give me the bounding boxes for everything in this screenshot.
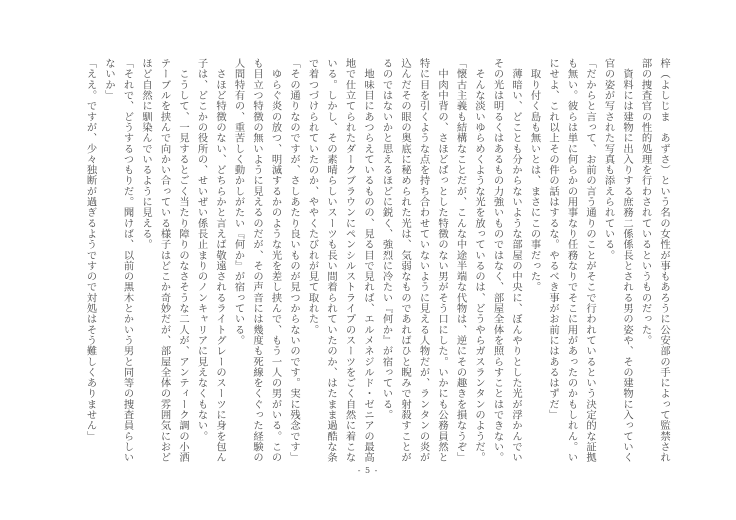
text-line: 地味目にあつらえているものの、見る目で見れば、エルメネジルド・ゼニアの最高級生 xyxy=(359,58,378,462)
text-line: 薄暗い、どことも分からないような部屋の中央に、ぼんやりとした光が浮かんでいる。 xyxy=(507,58,526,462)
text-line: 込んだその眼の奥底に秘められた光は、気弱なものであればひと睨みで射殺すことができ xyxy=(396,58,415,462)
text-line: その光は明るくはあるもの力強いものではなく、部屋全体を照らすことはできない。 xyxy=(488,58,507,462)
text-line: も目立つ特徴の無いように見えるのだが、その声音には幾度も死線をくぐった経験のある xyxy=(248,58,267,462)
text-line: 取り付く島も無いとは、まさにこの事だった。 xyxy=(525,58,544,462)
text-line: も無い。彼らは単に何らかの用事なり任務なりでそこに用があったのかもしれん。いずれ xyxy=(562,58,581,462)
text-line: さほど特徴のない、どちらかと言えば敬遠されるライトグレーのスーツに身を包んだ様 xyxy=(211,58,230,462)
text-line: ほど自然に馴染んでいるように見える。 xyxy=(137,58,156,462)
text-line: 部の捜査官の性的処理を行わされているというものだった。 xyxy=(636,58,655,462)
text-line: ないか」 xyxy=(100,58,119,462)
text-line: テーブルを挟んで向かい合っている様子はどこか奇妙だが、部屋全体の雰囲気におどろく xyxy=(155,58,174,462)
text-line: 「その通りなのですが、さしあたり良いものが見つからないのです。実に残念です」 xyxy=(285,58,304,462)
text-line: 「懐古主義も結構なことだが、こんな中途半端な代物は、逆にその趣きを損なうぞ」 xyxy=(451,58,470,462)
text-line: 官の姿が写された写真も添えられている。 xyxy=(599,58,618,462)
text-line: ゆらぐ炎の放つ、明滅するかのような光を差し挟んで、もう一人の男がいる。この人物 xyxy=(266,58,285,462)
text-line: 地で仕立てられたダークブラウンにペンシルストライプのスーツをごく自然に着こなして xyxy=(340,58,359,462)
text-line: 中肉中背の、さほどぱっとした特徴のない男がそう口にした。いかにも公務員然とした、 xyxy=(433,58,452,462)
text-line: にせよ、これ以上その件の話はするな。やるべき事がお前にはあるはずだ」 xyxy=(544,58,563,462)
text-line: 人間特有の、重苦しく動かしがたい『何か』が宿っている。 xyxy=(229,58,248,462)
page-number: - 5 - xyxy=(0,466,736,475)
text-line: で着つづけられていたのか、ややくたびれが見て取れた。 xyxy=(303,58,322,462)
text-line: いる。しかし、その素晴らしいスーツも長い間着られていたのか、はたまま過酷な条件下 xyxy=(322,58,341,462)
text-line: 「ええ。ですが、少々独断が過ぎるようですので対処はそう難しくありません」 xyxy=(81,58,100,462)
document-page: 梓（よしじま あずさ）という名の女性が事もあろうに公安部の手によって監禁され、一… xyxy=(0,0,736,520)
vertical-text-body: 梓（よしじま あずさ）という名の女性が事もあろうに公安部の手によって監禁され、一… xyxy=(81,58,673,462)
text-line: 子は、どこかの役所の、せいぜい係長止まりのノンキャリアに見えなくもない。 xyxy=(192,58,211,462)
text-line: 梓（よしじま あずさ）という名の女性が事もあろうに公安部の手によって監禁され、一 xyxy=(655,58,674,462)
text-line: 「だからと言って、お前の言う通りのことがそこで行われているという決定的な証拠は何 xyxy=(581,58,600,462)
text-line: そんな淡いゆらめくような光を放っているのは、どうやらガスランタンのようだ。 xyxy=(470,58,489,462)
text-line: 「それで、どうするつもりだ。聞けば、以前の黒木とかいう男と同等の捜査員らしいじゃ xyxy=(118,58,137,462)
text-line: こうして、一見するとごく当たり障りのなさそうな二人が、アンティーク調の小洒落た xyxy=(174,58,193,462)
text-line: 資料には建物に出入りする庶務二係係長とされる男の姿や、その建物に入っていく捜査 xyxy=(618,58,637,462)
text-line: 特に目を引くような点を持ち合わせていないように見える人物だが、ランタンの炎が映り xyxy=(414,58,433,462)
text-line: るのではないかと思えるほどに鋭く、強烈に冷たい『何か』が宿っている。 xyxy=(377,58,396,462)
